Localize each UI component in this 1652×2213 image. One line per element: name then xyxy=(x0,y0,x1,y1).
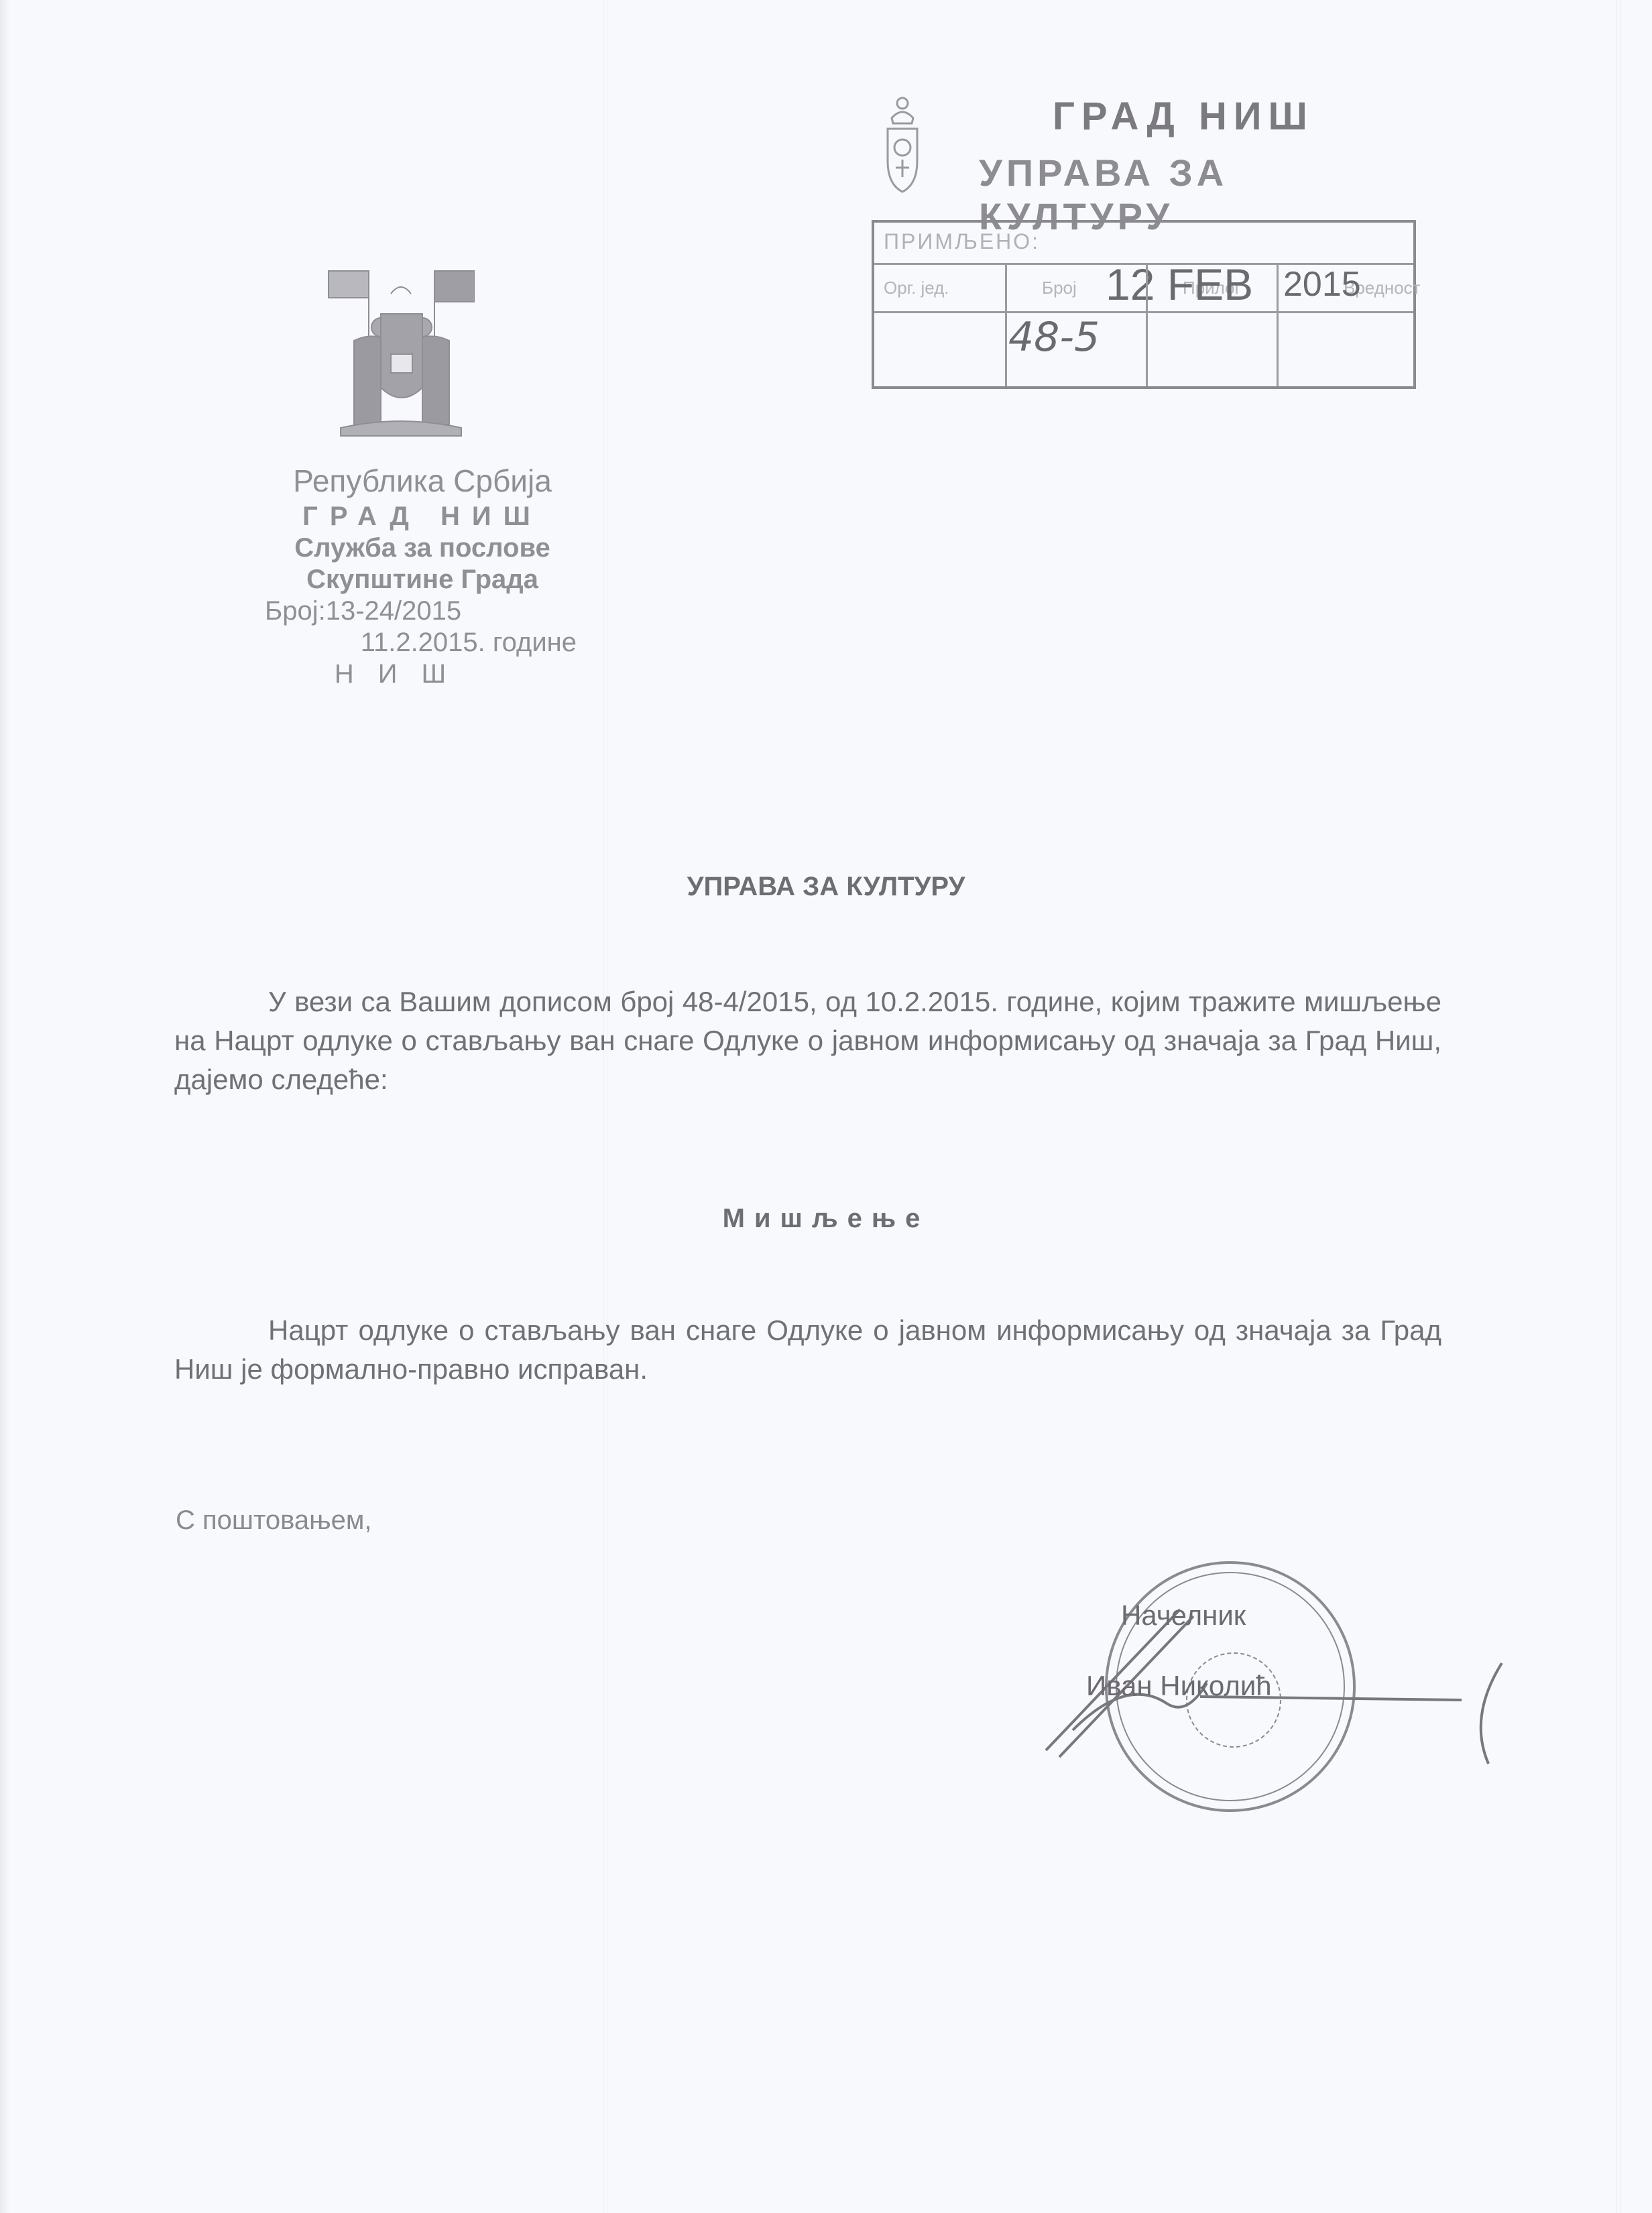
stamp-handwritten-number: 48-5 xyxy=(1008,314,1100,361)
paper-edge xyxy=(0,0,9,2213)
opinion-heading: Мишљење xyxy=(0,1204,1652,1234)
sender-date: 11.2.2015. године xyxy=(248,628,597,658)
sender-service-line2: Скупштине Града xyxy=(248,565,597,595)
receipt-stamp-header: ГРАД НИШ УПРАВА ЗА КУЛТУРУ xyxy=(872,80,1421,215)
sender-city: ГРАД НИШ xyxy=(248,502,597,532)
sender-reference-number: Број:13-24/2015 xyxy=(248,596,597,626)
stamp-city: ГРАД НИШ xyxy=(1053,94,1314,139)
closing-salutation: С поштовањем, xyxy=(176,1506,372,1536)
stamp-received-label: ПРИМЉЕНО: xyxy=(884,229,1040,254)
stamp-year: 2015 xyxy=(1283,264,1361,304)
paper-fold-right xyxy=(1616,0,1621,2213)
paragraph1-text: У вези са Вашим дописом број 48-4/2015, … xyxy=(174,986,1441,1095)
recipient-heading: УПРАВА ЗА КУЛТУРУ xyxy=(0,872,1652,902)
signatory-title: Начелник xyxy=(1121,1599,1246,1632)
paper-fold xyxy=(603,0,607,2213)
sender-country: Република Србија xyxy=(248,463,597,499)
stamp-col-number: Број xyxy=(1042,278,1077,298)
nis-city-coat-of-arms-icon xyxy=(327,267,475,441)
sender-service-line1: Служба за послове xyxy=(248,533,597,563)
signatory-name: Иван Николић xyxy=(1086,1670,1272,1702)
receipt-stamp-box: ПРИМЉЕНО: Орг. јед. Број Прилог Вредност… xyxy=(872,220,1416,389)
stamp-entry-row: 48-5 xyxy=(874,311,1413,386)
sender-place: НИШ xyxy=(248,659,597,689)
body-paragraph-opinion: Нацрт одлуке о стављању ван снаге Одлуке… xyxy=(174,1311,1441,1389)
paragraph2-text: Нацрт одлуке о стављању ван снаге Одлуке… xyxy=(174,1314,1441,1385)
stamp-columns-row: Орг. јед. Број Прилог Вредност 12 FEB 20… xyxy=(874,263,1413,313)
body-paragraph-request: У вези са Вашим дописом број 48-4/2015, … xyxy=(174,982,1441,1099)
sender-block: Република Србија ГРАД НИШ Служба за посл… xyxy=(248,463,597,689)
serbian-coat-of-arms-icon xyxy=(882,94,923,194)
stamp-col-org-unit: Орг. јед. xyxy=(884,278,949,298)
stamp-date: 12 FEB xyxy=(1106,259,1253,310)
